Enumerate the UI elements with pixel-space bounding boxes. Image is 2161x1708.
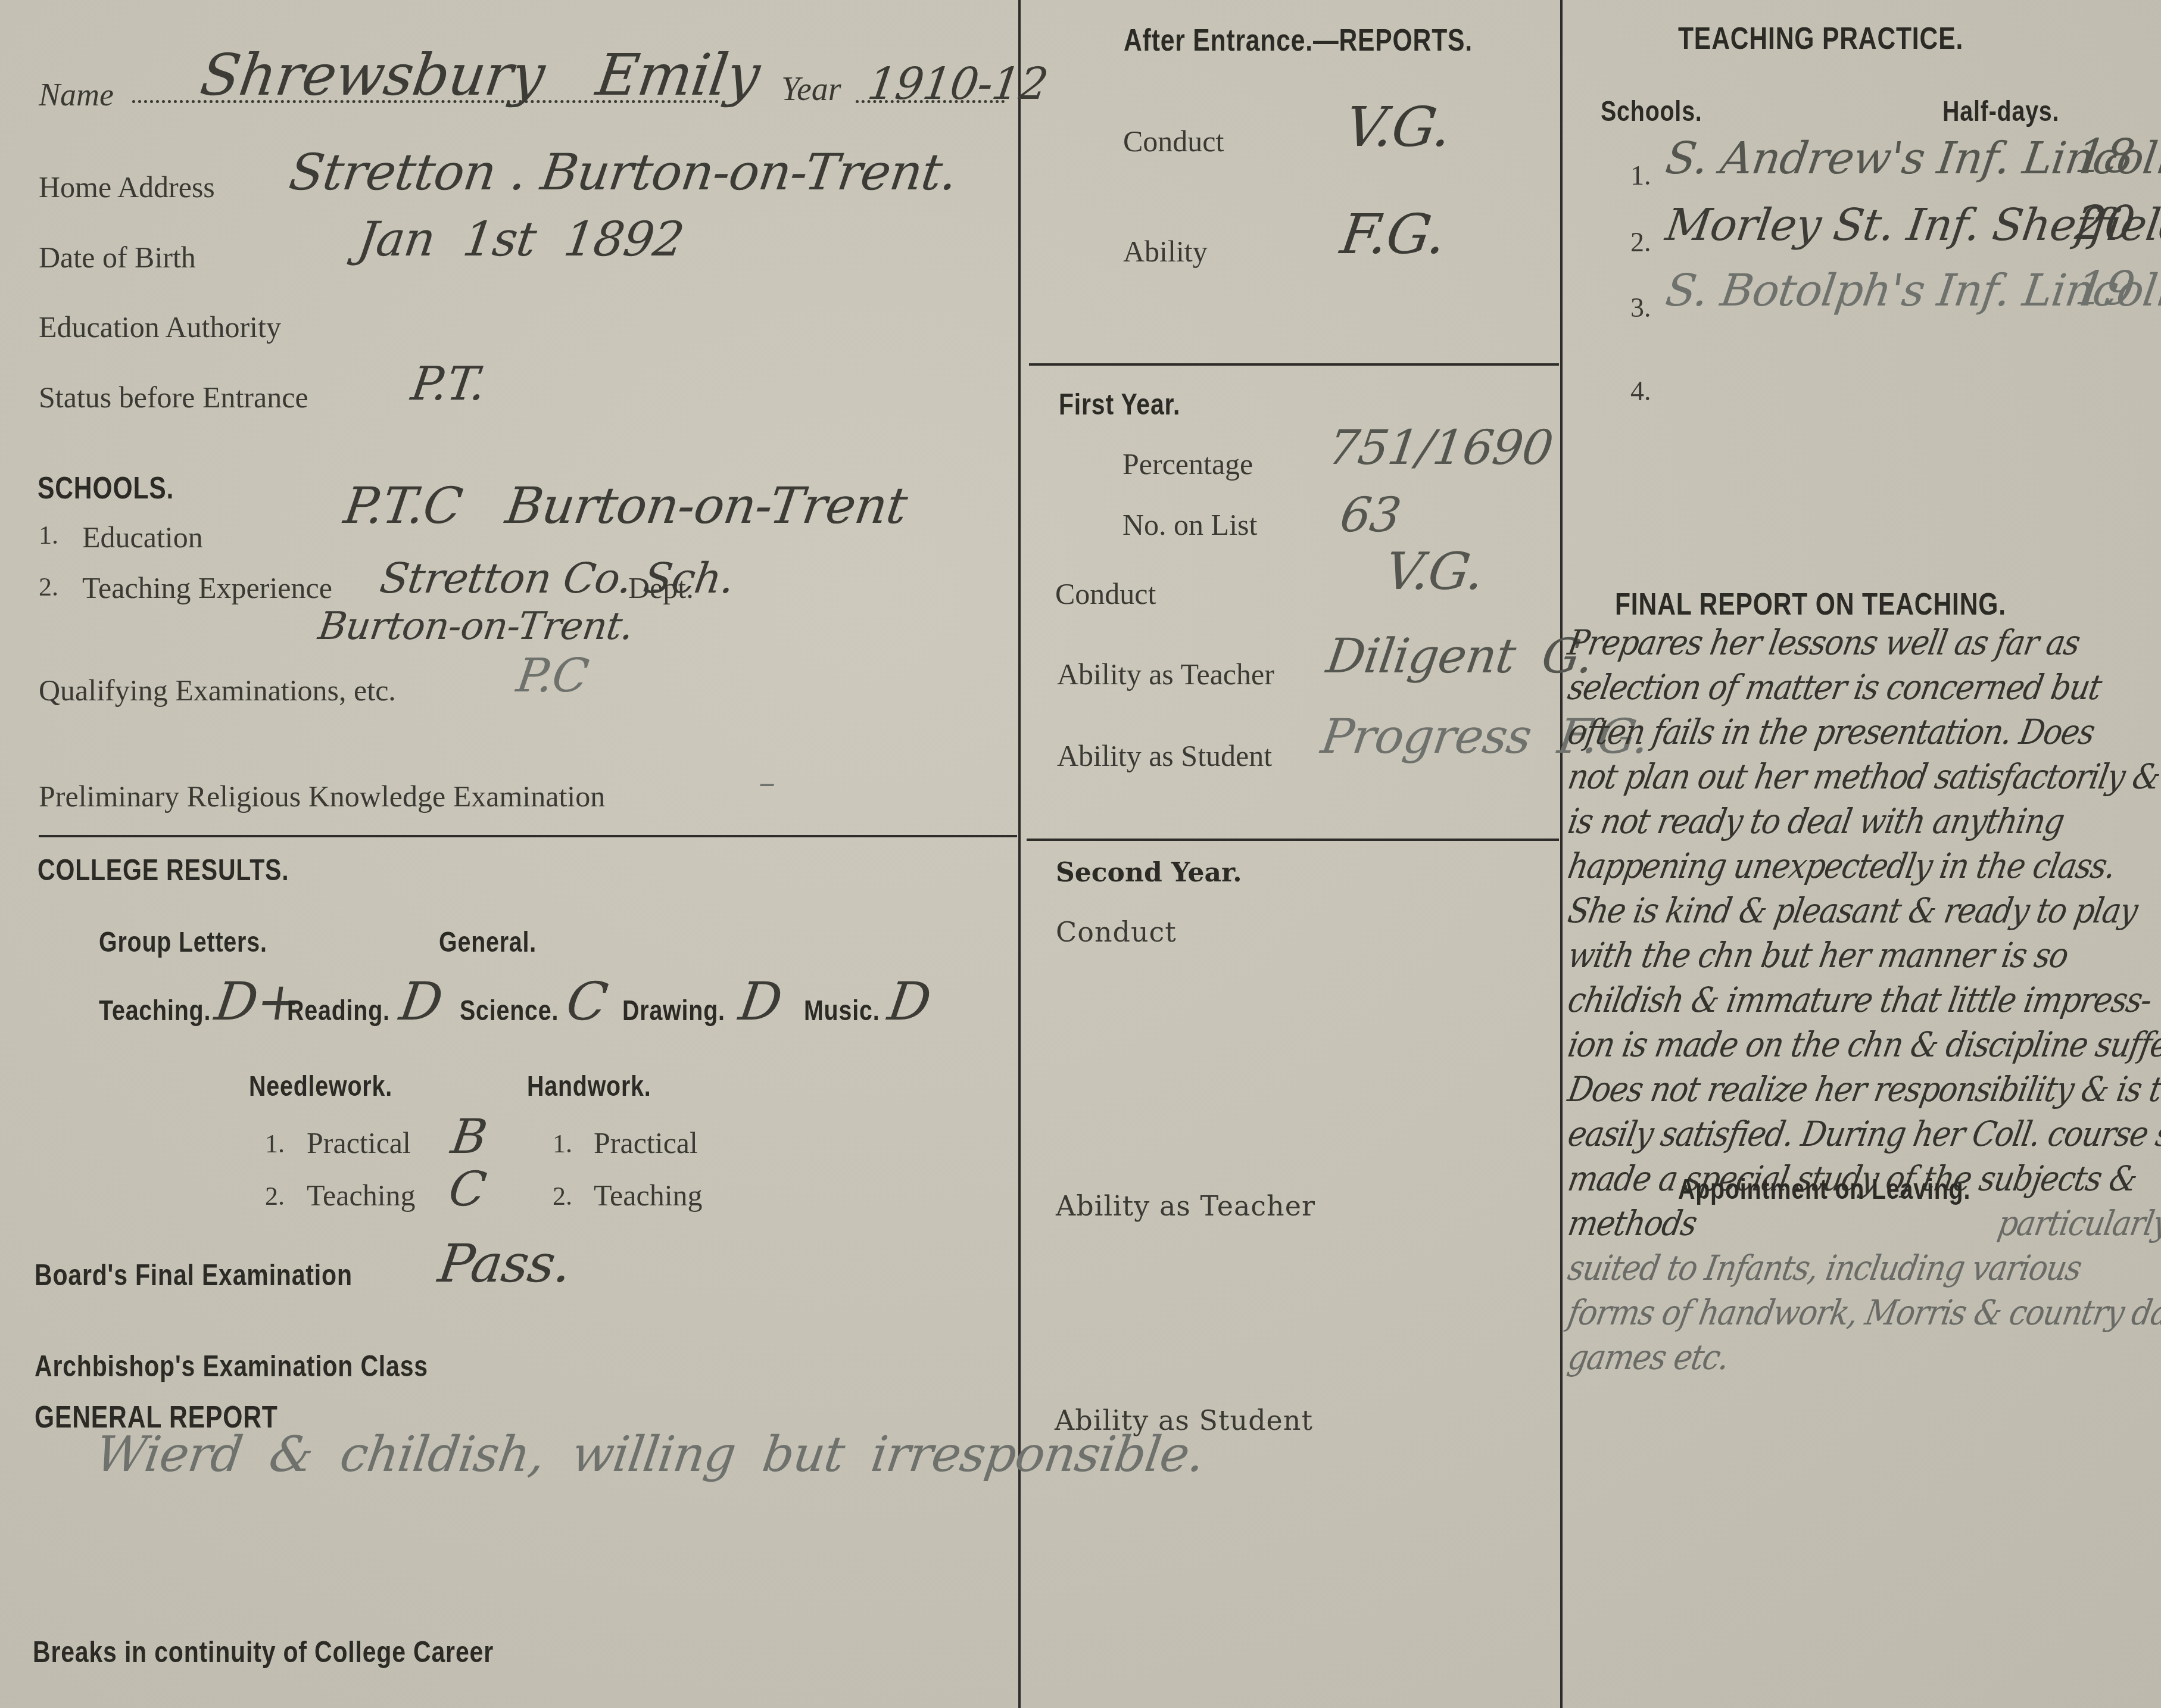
education-number: 1.	[39, 520, 58, 550]
home-address-value[interactable]: Stretton . Burton-on-Trent.	[286, 143, 961, 201]
subject-label: Reading.	[287, 995, 390, 1027]
education-authority-label: Education Authority	[39, 310, 281, 344]
schools-heading: SCHOOLS.	[38, 470, 174, 506]
appointment-on-leaving-label: Appointment on Leaving.	[1678, 1173, 1970, 1206]
final-report-line: easily satisfied. During her Coll. cours…	[1565, 1114, 2161, 1154]
first-year-heading: First Year.	[1059, 387, 1180, 422]
name-value[interactable]: Shrewsbury Emily	[197, 42, 763, 108]
after-entrance-ability-value[interactable]: F.G.	[1337, 202, 1449, 266]
halfdays-column-label: Half-days.	[1942, 95, 2059, 128]
qualifying-examinations-value[interactable]: P.C	[513, 649, 591, 703]
preliminary-religious-knowledge-value[interactable]: –	[756, 763, 778, 802]
after-entrance-heading: After Entrance.—REPORTS.	[1124, 23, 1473, 58]
college-results-heading: COLLEGE RESULTS.	[38, 853, 289, 887]
boards-final-examination-label: Board's Final Examination	[35, 1258, 353, 1292]
subject-label: Music.	[804, 995, 880, 1027]
needlework-teaching-label: Teaching	[307, 1178, 416, 1213]
final-report-line: happening unexpectedly in the class.	[1565, 846, 2118, 886]
practice-halfdays[interactable]: 20	[2072, 197, 2138, 250]
handwork-teaching-number: 2.	[553, 1181, 572, 1211]
section-divider-college-results	[39, 835, 1017, 837]
final-report-line: games etc.	[1565, 1337, 1732, 1377]
subject-label: Science.	[460, 995, 559, 1027]
after-entrance-conduct-label: Conduct	[1123, 124, 1224, 158]
handwork-practical-label: Practical	[594, 1126, 698, 1160]
teaching-experience-dept-label: Dept.	[628, 571, 694, 605]
breaks-in-continuity-label: Breaks in continuity of College Career	[33, 1635, 494, 1669]
section-divider-second-year	[1027, 839, 1559, 841]
needlework-teaching-number: 2.	[265, 1181, 285, 1211]
schools-column-label: Schools.	[1601, 95, 1702, 128]
no-on-list-value[interactable]: 63	[1337, 487, 1404, 543]
needlework-practical-label: Practical	[307, 1126, 411, 1160]
column-divider-right	[1560, 0, 1563, 1708]
second-year-conduct-label: Conduct	[1056, 916, 1177, 948]
final-report-line: childish & immature that little impress-	[1565, 980, 2154, 1020]
after-entrance-ability-label: Ability	[1123, 234, 1208, 269]
group-letters-label: Group Letters.	[99, 926, 267, 959]
final-report-line: Does not realize her responsibility & is…	[1565, 1069, 2161, 1109]
second-year-ability-teacher-label: Ability as Teacher	[1056, 1190, 1315, 1222]
second-year-heading: Second Year.	[1056, 858, 1242, 888]
home-address-label: Home Address	[39, 170, 215, 204]
final-report-line: ion is made on the chn & discipline suff…	[1565, 1024, 2161, 1065]
first-year-ability-student-label: Ability as Student	[1057, 738, 1272, 773]
final-report-line: particularly	[1995, 1203, 2161, 1243]
subject-grade[interactable]: D	[396, 971, 446, 1032]
final-report-line: Prepares her lessons well as far as	[1565, 622, 2082, 663]
needlework-practical-grade[interactable]: B	[448, 1109, 490, 1164]
second-year-ability-student-label: Ability as Student	[1055, 1404, 1313, 1436]
teaching-practice-heading: TEACHING PRACTICE.	[1678, 21, 1963, 57]
final-report-line: not plan out her method satisfactorily &	[1565, 756, 2161, 797]
no-on-list-label: No. on List	[1122, 507, 1257, 542]
education-value[interactable]: P.T.C Burton-on-Trent	[341, 476, 910, 535]
final-report-line: suited to Infants, including various	[1565, 1248, 2084, 1288]
final-report-line: forms of handwork, Morris & country danc…	[1565, 1292, 2161, 1333]
archbishops-examination-label: Archbishop's Examination Class	[35, 1349, 428, 1383]
practice-halfdays[interactable]: 19	[2072, 262, 2138, 316]
final-report-line: selection of matter is concerned but	[1565, 667, 2104, 707]
subject-grade[interactable]: D	[735, 971, 785, 1032]
preliminary-religious-knowledge-label: Preliminary Religious Knowledge Examinat…	[39, 779, 605, 814]
teaching-experience-label: Teaching Experience	[82, 571, 332, 605]
first-year-conduct-label: Conduct	[1055, 576, 1156, 611]
section-divider-first-year	[1029, 363, 1559, 366]
status-before-entrance-value[interactable]: P.T.	[408, 357, 488, 411]
first-year-conduct-value[interactable]: V.G.	[1382, 542, 1487, 601]
subject-grade[interactable]: C	[563, 971, 611, 1032]
subject-grade[interactable]: D	[884, 971, 934, 1032]
education-label: Education	[82, 520, 203, 554]
year-value[interactable]: 1910-12	[865, 58, 1051, 110]
first-year-ability-teacher-label: Ability as Teacher	[1057, 657, 1274, 691]
practice-halfdays[interactable]: 18	[2072, 130, 2138, 183]
final-report-line: She is kind & pleasant & ready to play	[1565, 890, 2140, 931]
date-of-birth-label: Date of Birth	[39, 240, 196, 275]
boards-final-examination-value[interactable]: Pass.	[435, 1233, 575, 1294]
final-report-line: often fails in the presentation. Does	[1565, 712, 2097, 752]
percentage-value[interactable]: 751/1690	[1325, 420, 1556, 475]
needlework-practical-number: 1.	[265, 1129, 285, 1159]
first-year-ability-teacher-value[interactable]: Diligent G.	[1323, 628, 1596, 684]
after-entrance-conduct-value[interactable]: V.G.	[1342, 95, 1455, 159]
row-number: 3.	[1630, 292, 1651, 323]
row-number: 2.	[1630, 226, 1651, 258]
handwork-practical-number: 1.	[553, 1129, 572, 1159]
final-report-heading: FINAL REPORT ON TEACHING.	[1615, 587, 2006, 622]
teaching-experience-value-line2[interactable]: Burton-on-Trent.	[316, 604, 636, 649]
final-report-line: methods	[1565, 1203, 1700, 1243]
name-label: Name	[39, 76, 114, 113]
date-of-birth-value[interactable]: Jan 1st 1892	[354, 211, 687, 267]
subject-label: Drawing.	[622, 995, 725, 1027]
needlework-teaching-grade[interactable]: C	[445, 1161, 489, 1217]
subject-label: Teaching.	[99, 995, 211, 1027]
year-label: Year	[781, 70, 841, 108]
percentage-label: Percentage	[1122, 447, 1253, 481]
status-before-entrance-label: Status before Entrance	[39, 380, 308, 414]
handwork-teaching-label: Teaching	[594, 1178, 703, 1213]
general-report-value[interactable]: Wierd & childish, willing but irresponsi…	[92, 1426, 1208, 1483]
handwork-label: Handwork.	[527, 1070, 651, 1103]
row-number: 4.	[1630, 375, 1651, 407]
needlework-label: Needlework.	[249, 1070, 392, 1103]
final-report-line: with the chn but her manner is so	[1565, 935, 2071, 975]
teaching-experience-number: 2.	[39, 572, 58, 602]
row-number: 1.	[1630, 160, 1651, 191]
qualifying-examinations-label: Qualifying Examinations, etc.	[39, 673, 396, 707]
general-label: General.	[439, 926, 537, 959]
final-report-line: is not ready to deal with anything	[1565, 801, 2067, 841]
